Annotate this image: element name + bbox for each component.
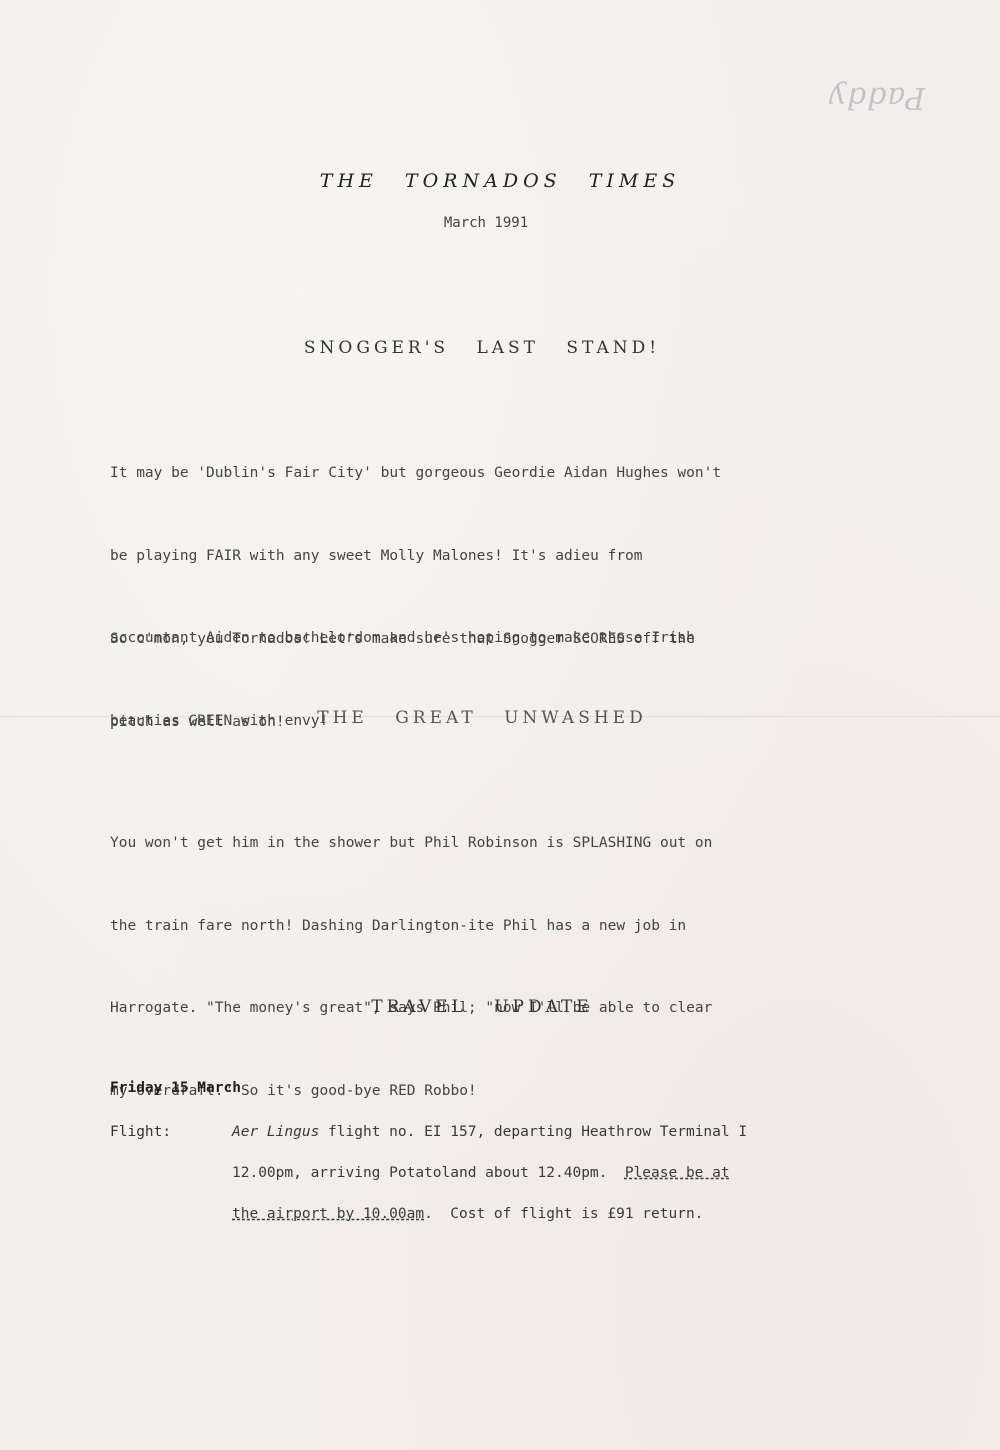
newsletter-masthead: THE TORNADOS TIMES — [0, 170, 1000, 192]
text-line: the airport by 10.00am. Cost of flight i… — [232, 1206, 872, 1247]
text-line: the train fare north! Dashing Darlington… — [110, 906, 870, 947]
text-line: You won't get him in the shower but Phil… — [110, 823, 870, 864]
handwritten-note: Paddy — [828, 80, 925, 115]
text-line: It may be 'Dublin's Fair City' but gorge… — [110, 453, 870, 494]
article-paragraph: You won't get him in the shower but Phil… — [110, 782, 870, 1154]
text-line: Aer Lingus flight no. EI 157, departing … — [232, 1124, 872, 1165]
text-line: 12.00pm, arriving Potatoland about 12.40… — [232, 1165, 872, 1206]
section-heading-snoggers-last-stand: SNOGGER'S LAST STAND! — [0, 338, 982, 358]
checkin-notice: Please be at — [625, 1165, 730, 1181]
travel-date: Friday 15 March — [110, 1080, 241, 1096]
section-heading-travel-update: TRAVEL UPDATE — [0, 997, 982, 1017]
issue-date: March 1991 — [0, 215, 972, 231]
flight-cost: . Cost of flight is £91 return. — [424, 1206, 703, 1222]
flight-details: Aer Lingus flight no. EI 157, departing … — [232, 1124, 872, 1247]
text-line: So c'mon, you Tornados! Let's make sure … — [110, 619, 870, 660]
section-heading-great-unwashed: THE GREAT UNWASHED — [0, 708, 982, 728]
arrival-info: 12.00pm, arriving Potatoland about 12.40… — [232, 1165, 625, 1181]
airline-name: Aer Lingus — [232, 1124, 319, 1140]
checkin-notice-continued: the airport by 10.00am — [232, 1206, 424, 1222]
article-paragraph: So c'mon, you Tornados! Let's make sure … — [110, 578, 870, 784]
flight-info: flight no. EI 157, departing Heathrow Te… — [319, 1124, 747, 1140]
flight-label: Flight: — [110, 1124, 171, 1140]
text-line: be playing FAIR with any sweet Molly Mal… — [110, 536, 870, 577]
